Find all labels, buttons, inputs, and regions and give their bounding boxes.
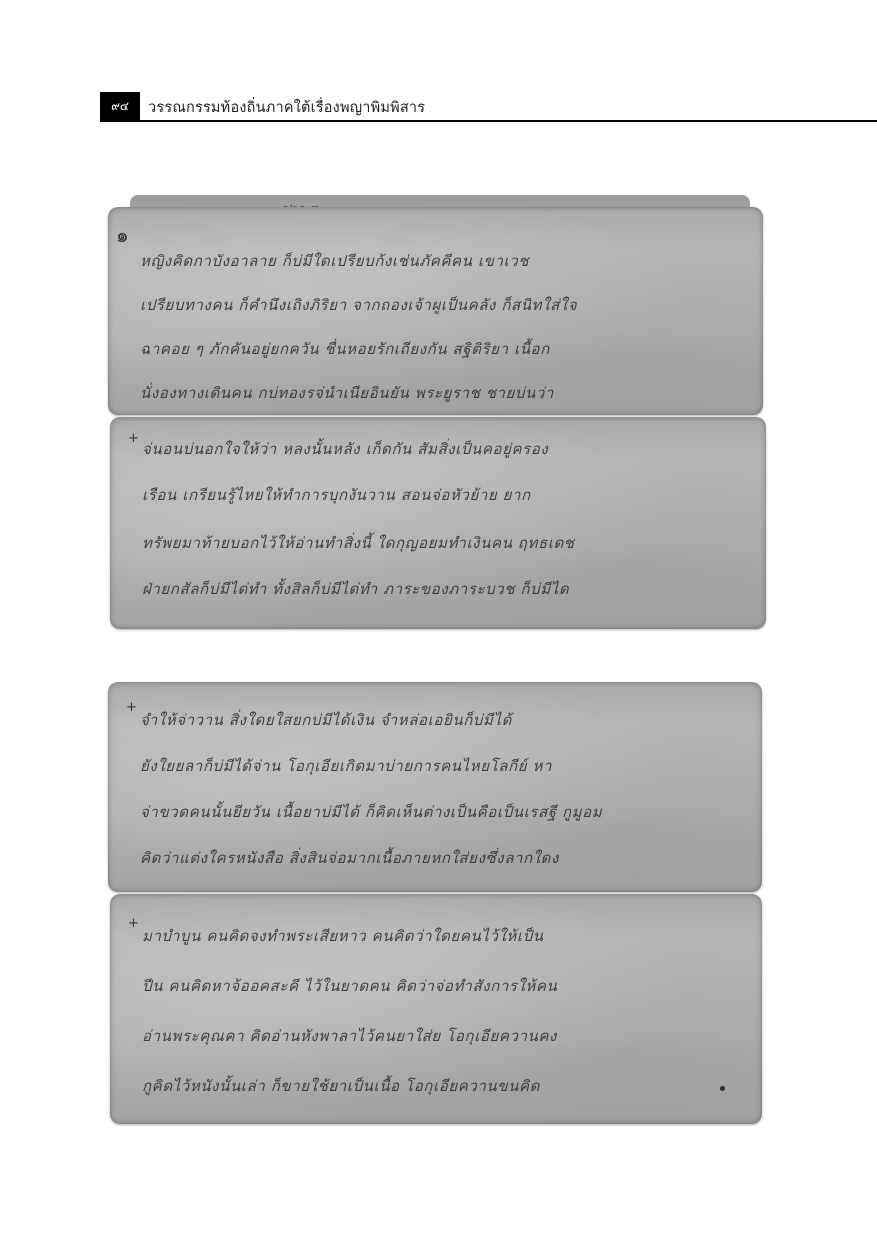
manuscript-photo-bottom: + จำให้จ่าวาน สิ่งใดยใสยกบ่มีได้เงิน จำห… — [108, 682, 766, 1128]
manuscript-line: จ่นอนบ่นอกใจให้ว่า หลงนั้นหลัง เก็ดกัน ส… — [142, 437, 754, 461]
manuscript-line: ฝ่ายกสัลก็บ่มีได่ทำ ทั้งสิลก็บ่มีได่ทำ ภ… — [142, 577, 754, 601]
manuscript-photo-top: ๑๒๑ ๓ ๑ หญิงคิดกาบังอาลาย ก็บ่มีใดเปรียบ… — [108, 193, 768, 633]
manuscript-line: อ่านพระคุณคา คิดอ่านหังพาลาไว้คนยาใส่ย โ… — [142, 1024, 750, 1048]
leaf-number-mark: ๑ — [116, 219, 129, 251]
header-rule — [100, 120, 877, 122]
cross-mark: + — [126, 700, 137, 715]
manuscript-line: จำให้จ่าวาน สิ่งใดยใสยกบ่มีได้เงิน จำหล่… — [140, 708, 750, 732]
cross-mark: + — [128, 431, 139, 446]
manuscript-fold: + มาบำบูน คนคิดจงทำพระเสียหาว คนคิดว่าใด… — [110, 894, 762, 1124]
manuscript-line: ฉาคอย ๆ ภักคันอยู่ยกควัน ชื่นหอยรักเถียง… — [140, 337, 751, 361]
manuscript-line: จ่าขวดคนนั้นยียวัน เนื้อยาบ่มีได้ ก็คิดเ… — [140, 800, 750, 824]
manuscript-line: ปีน คนคิดหาจ้ออคสะคี ไว้ในยาดคน คิดว่าจ่… — [142, 974, 750, 998]
manuscript-fold: + จ่นอนบ่นอกใจให้ว่า หลงนั้นหลัง เก็ดกัน… — [110, 417, 766, 629]
page-title: วรรณกรรมท้องถิ่นภาคใต้เรื่องพญาพิมพิสาร — [148, 96, 425, 119]
manuscript-line: เรือน เกรียนรู้ไหยให้ทำการบุกงันวาน สอนจ… — [142, 483, 754, 507]
end-punctuation-mark — [720, 1086, 725, 1091]
manuscript-line: ยังใยยลาก็บ่มีได้จ่าน โอกุเอียเกิดมาบ่าย… — [140, 754, 750, 778]
manuscript-line: หญิงคิดกาบังอาลาย ก็บ่มีใดเปรียบก้งเช่นภ… — [140, 249, 751, 273]
manuscript-line: กูคิดไว้หนังนั้นเล่า ก็ขายใช้ยาเป็นเนื้อ… — [142, 1074, 750, 1098]
cross-mark: + — [128, 916, 139, 931]
page-header: ๙๔ วรรณกรรมท้องถิ่นภาคใต้เรื่องพญาพิมพิส… — [100, 92, 877, 122]
manuscript-line: นั่งองทางเดินคน กบ่ทองรจ่นำเนียอินยัน พร… — [140, 381, 751, 405]
manuscript-fold: ๑ หญิงคิดกาบังอาลาย ก็บ่มีใดเปรียบก้งเช่… — [108, 207, 763, 415]
page-number: ๙๔ — [100, 92, 140, 121]
manuscript-line: คิดว่าแต่งใครหนังสือ สิ่งสินจ่อมากเนื้อภ… — [140, 846, 750, 870]
manuscript-fold: + จำให้จ่าวาน สิ่งใดยใสยกบ่มีได้เงิน จำห… — [108, 682, 762, 892]
manuscript-line: ทรัพยมาท้ายบอกไว้ให้อ่านทำสิ่งนี้ ใดกุญอ… — [142, 531, 754, 555]
manuscript-line: มาบำบูน คนคิดจงทำพระเสียหาว คนคิดว่าใดยค… — [142, 924, 750, 948]
manuscript-line: เปรียบทางคน ก็คำนึงเถิงภิริยา จากถองเจ้า… — [140, 293, 751, 317]
